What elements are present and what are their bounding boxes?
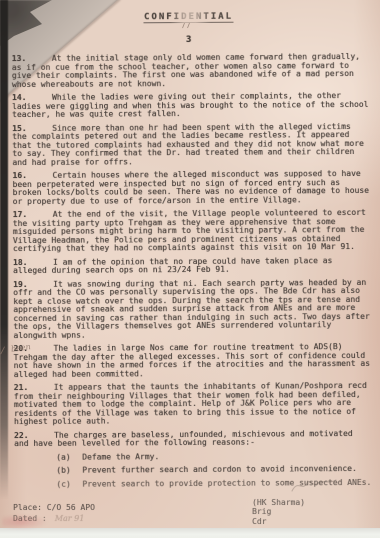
paragraph-text: The charges are baseless, unfounded, mis… xyxy=(14,429,353,449)
signatory-rank: Brig xyxy=(252,507,305,517)
insertion-caret xyxy=(0,346,11,355)
paragraph-13: 13.At the initial stage only old women c… xyxy=(12,53,369,89)
paragraph-text: Since more than one hr had been spent wi… xyxy=(12,122,364,167)
handwritten-tick-marks xyxy=(180,22,190,29)
page-number-block: 3 xyxy=(0,26,379,47)
paragraph-16: 16.Certain houses where the alleged misc… xyxy=(12,170,369,206)
paragraph-17: 17.At the end of the visit, the Village … xyxy=(13,209,370,254)
paragraph-14: 14.While the ladies were giving out thei… xyxy=(12,92,369,120)
paragraph-text: Certain houses where the alleged miscond… xyxy=(12,169,369,206)
date-line: Dated :Mar 91 xyxy=(13,513,95,524)
paragraph-text: It was snowing during that ni. Each sear… xyxy=(13,277,370,339)
paragraph-text: At the end of the visit, the Village peo… xyxy=(13,208,366,253)
sub-item-text: Defame the Army. xyxy=(82,452,159,461)
date-label: Dated : xyxy=(13,514,47,523)
document-body: 13.At the initial stage only old women c… xyxy=(0,53,380,489)
footer-place-date: Place: C/O 56 APO Dated :Mar 91 xyxy=(13,502,95,524)
place-line: Place: C/O 56 APO xyxy=(13,502,95,513)
paragraph-19: 19.It was snowing during that ni. Each s… xyxy=(13,278,370,340)
sub-item-b: (b)Prevent further search and cordon to … xyxy=(56,465,371,475)
page-header: CONFIDENTIAL xyxy=(0,0,378,24)
paragraph-15: 15.Since more than one hr had been spent… xyxy=(12,122,369,167)
paragraph-text: I am of the opinion that no rape could h… xyxy=(13,256,332,275)
scanned-document: CONFIDENTIAL 3 13.At the initial stage o… xyxy=(0,0,380,538)
sub-item-text: Prevent further search and cordon to avo… xyxy=(82,464,357,475)
typed-content: CONFIDENTIAL 3 13.At the initial stage o… xyxy=(0,0,380,538)
paragraph-text: It appears that the taunts the inhabitan… xyxy=(14,381,367,426)
signature-scribble xyxy=(290,476,338,494)
paragraph-text: While the ladies were giving out their c… xyxy=(12,91,368,119)
sub-item-label: (a) xyxy=(56,453,82,462)
paragraph-text: The ladies in large Nos came for routine… xyxy=(14,342,371,379)
page-number: 3 xyxy=(186,35,191,45)
paragraph-18: 18.I am of the opinion that no rape coul… xyxy=(13,256,370,275)
sub-item-a: (a)Defame the Army. xyxy=(56,451,371,461)
signature-block: (HK Sharma) Brig Cdr xyxy=(252,498,305,527)
paragraph-20: 20.The ladies in large Nos came for rout… xyxy=(13,343,370,379)
paragraph-21: 21.It appears that the taunts the inhabi… xyxy=(14,382,371,427)
sub-item-label: (c) xyxy=(56,480,82,489)
signatory-appointment: Cdr xyxy=(252,517,305,527)
paragraph-22: 22.The charges are baseless, unfounded, … xyxy=(14,429,371,448)
handwritten-date: Mar 91 xyxy=(55,514,85,523)
sub-item-label: (b) xyxy=(56,467,82,476)
signatory-name: (HK Sharma) xyxy=(252,498,305,508)
paragraph-text: At the initial stage only old women came… xyxy=(12,52,360,89)
